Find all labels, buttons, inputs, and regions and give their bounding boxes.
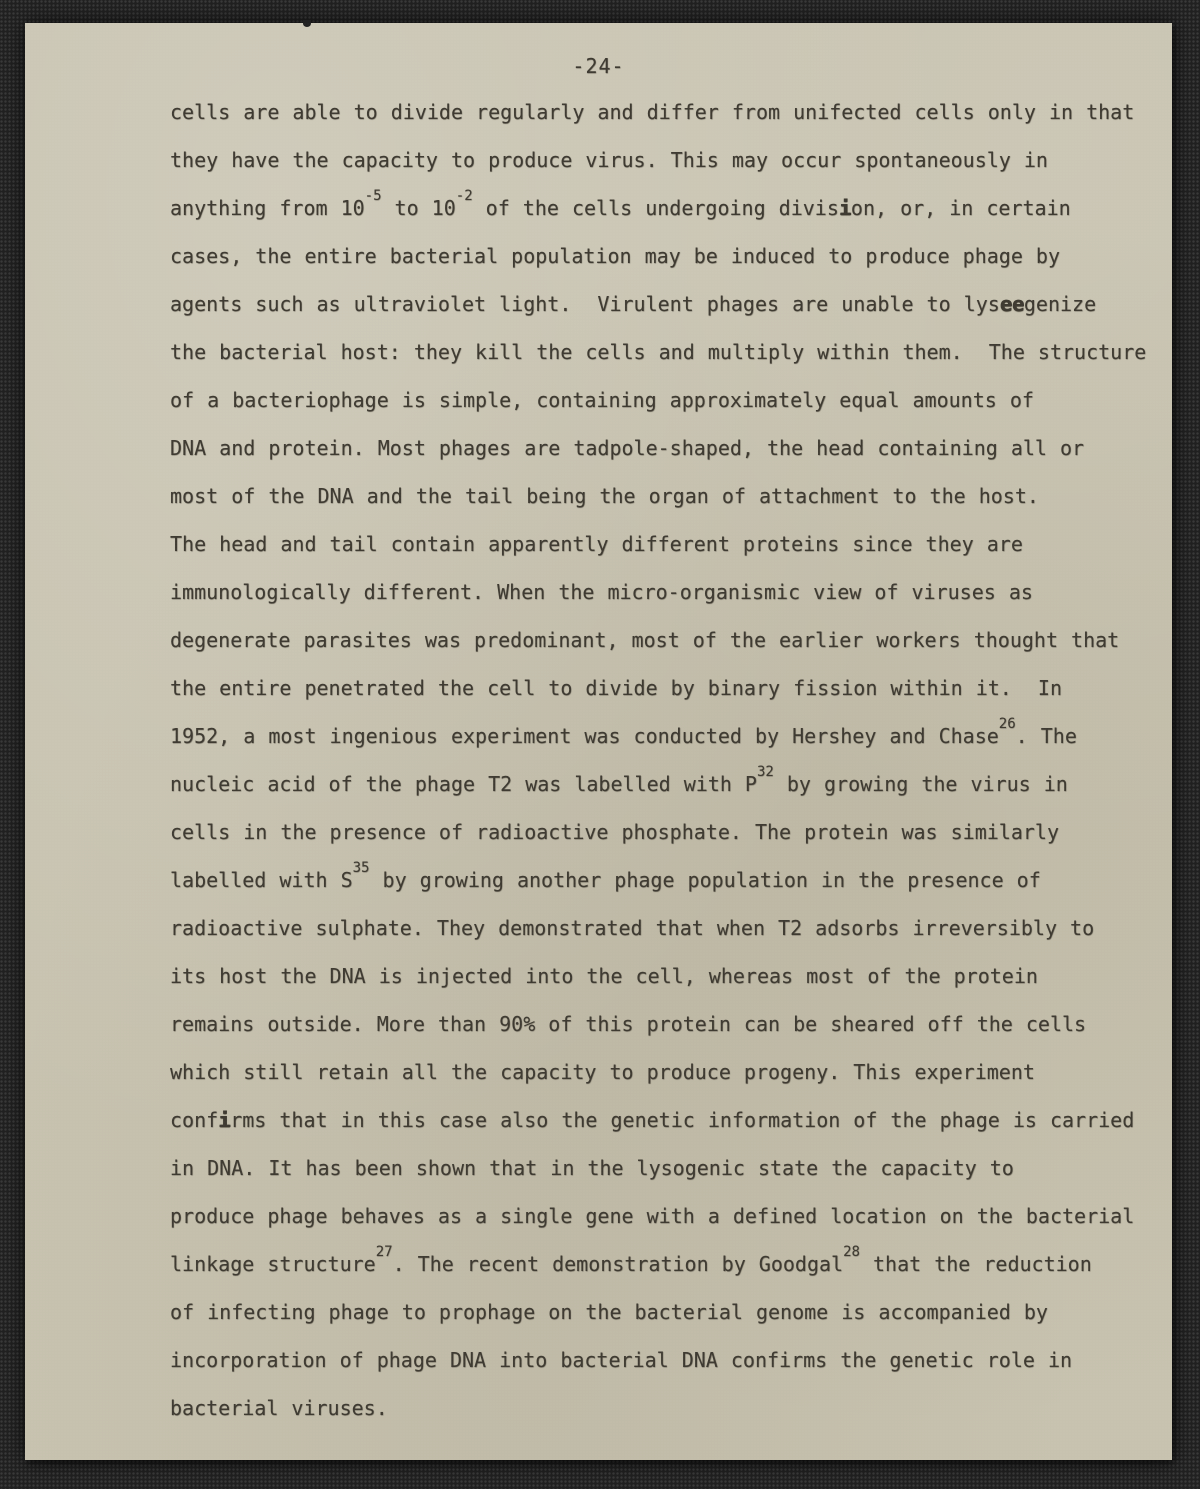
superscript: 28 [843, 1244, 860, 1260]
text-run: by growing another phage population in t… [369, 868, 1040, 892]
text-run: DNA and protein. Most phages are tadpole… [170, 436, 1084, 460]
text-line: bacterial viruses. [170, 1384, 1165, 1432]
text-line: of infecting phage to prophage on the ba… [170, 1288, 1165, 1336]
text-run: bacterial viruses. [170, 1396, 388, 1420]
text-run: cells are able to divide regularly and d… [170, 100, 1134, 124]
text-run: remains outside. More than 90% of this p… [170, 1012, 1086, 1036]
text-run: most of the DNA and the tail being the o… [170, 484, 1039, 508]
text-line: the entire penetrated the cell to divide… [170, 664, 1165, 712]
text-run: genize [1024, 292, 1096, 316]
text-line: agents such as ultraviolet light. Virule… [170, 280, 1165, 328]
text-run: e [1012, 292, 1024, 316]
text-run: its host the DNA is injected into the ce… [170, 964, 1038, 988]
text-line: which still retain all the capacity to p… [170, 1048, 1165, 1096]
page-number: -24- [25, 52, 1172, 80]
scanner-background: -24- cells are able to divide regularly … [0, 0, 1200, 1489]
text-run: of the cells undergoing divis [473, 196, 839, 220]
text-line: linkage structure27. The recent demonstr… [170, 1240, 1165, 1288]
text-run: immunologically different. When the micr… [170, 580, 1033, 604]
text-run: conf [170, 1108, 218, 1132]
text-run: e [1000, 292, 1012, 316]
superscript: 27 [376, 1244, 393, 1260]
text-line: radioactive sulphate. They demonstrated … [170, 904, 1165, 952]
text-run: to 10 [382, 196, 456, 220]
text-line: The head and tail contain apparently dif… [170, 520, 1165, 568]
text-run: agents such as ultraviolet light. Virule… [170, 292, 1000, 316]
text-run: on, or, in certain [851, 196, 1071, 220]
text-line: nucleic acid of the phage T2 was labelle… [170, 760, 1165, 808]
text-run: i [839, 196, 851, 220]
text-line: in DNA. It has been shown that in the ly… [170, 1144, 1165, 1192]
text-run: 1952, a most ingenious experiment was co… [170, 724, 999, 748]
text-line: its host the DNA is injected into the ce… [170, 952, 1165, 1000]
text-run: The head and tail contain apparently dif… [170, 532, 1023, 556]
text-line: incorporation of phage DNA into bacteria… [170, 1336, 1165, 1384]
text-run: anything from 10 [170, 196, 365, 220]
superscript: -5 [365, 188, 382, 204]
text-line: 1952, a most ingenious experiment was co… [170, 712, 1165, 760]
text-line: they have the capacity to produce virus.… [170, 136, 1165, 184]
text-line: degenerate parasites was predominant, mo… [170, 616, 1165, 664]
text-line: cases, the entire bacterial population m… [170, 232, 1165, 280]
text-line: the bacterial host: they kill the cells … [170, 328, 1165, 376]
superscript: 35 [353, 860, 370, 876]
paper-edge-notch [303, 20, 311, 27]
text-line: of a bacteriophage is simple, containing… [170, 376, 1165, 424]
text-run: degenerate parasites was predominant, mo… [170, 628, 1119, 652]
text-run: of infecting phage to prophage on the ba… [170, 1300, 1048, 1324]
text-line: anything from 10-5 to 10-2 of the cells … [170, 184, 1165, 232]
text-run: by growing the virus in [774, 772, 1068, 796]
document-page: -24- cells are able to divide regularly … [25, 23, 1172, 1460]
text-line: labelled with S35 by growing another pha… [170, 856, 1165, 904]
text-run: linkage structure [170, 1252, 376, 1276]
text-run: incorporation of phage DNA into bacteria… [170, 1348, 1072, 1372]
text-run: which still retain all the capacity to p… [170, 1060, 1035, 1084]
text-run: radioactive sulphate. They demonstrated … [170, 916, 1094, 940]
text-run: cells in the presence of radioactive pho… [170, 820, 1059, 844]
superscript: 32 [757, 764, 774, 780]
document-text: cells are able to divide regularly and d… [170, 88, 1165, 1432]
text-line: most of the DNA and the tail being the o… [170, 472, 1165, 520]
text-run: produce phage behaves as a single gene w… [170, 1204, 1134, 1228]
text-run: the entire penetrated the cell to divide… [170, 676, 1062, 700]
text-line: DNA and protein. Most phages are tadpole… [170, 424, 1165, 472]
text-run: nucleic acid of the phage T2 was labelle… [170, 772, 757, 796]
text-line: remains outside. More than 90% of this p… [170, 1000, 1165, 1048]
text-run: . The recent demonstration by Goodgal [393, 1252, 844, 1276]
superscript: 26 [999, 716, 1016, 732]
text-run: . The [1016, 724, 1077, 748]
superscript: -2 [456, 188, 473, 204]
text-run: cases, the entire bacterial population m… [170, 244, 1060, 268]
text-run: i [218, 1108, 230, 1132]
text-line: produce phage behaves as a single gene w… [170, 1192, 1165, 1240]
text-run: in DNA. It has been shown that in the ly… [170, 1156, 1014, 1180]
text-run: they have the capacity to produce virus.… [170, 148, 1048, 172]
text-line: immunologically different. When the micr… [170, 568, 1165, 616]
text-run: the bacterial host: they kill the cells … [170, 340, 1146, 364]
text-run: labelled with S [170, 868, 353, 892]
text-run: of a bacteriophage is simple, containing… [170, 388, 1034, 412]
text-run: rms that in this case also the genetic i… [230, 1108, 1134, 1132]
text-run: that the reduction [860, 1252, 1092, 1276]
text-line: cells are able to divide regularly and d… [170, 88, 1165, 136]
text-line: confirms that in this case also the gene… [170, 1096, 1165, 1144]
text-line: cells in the presence of radioactive pho… [170, 808, 1165, 856]
